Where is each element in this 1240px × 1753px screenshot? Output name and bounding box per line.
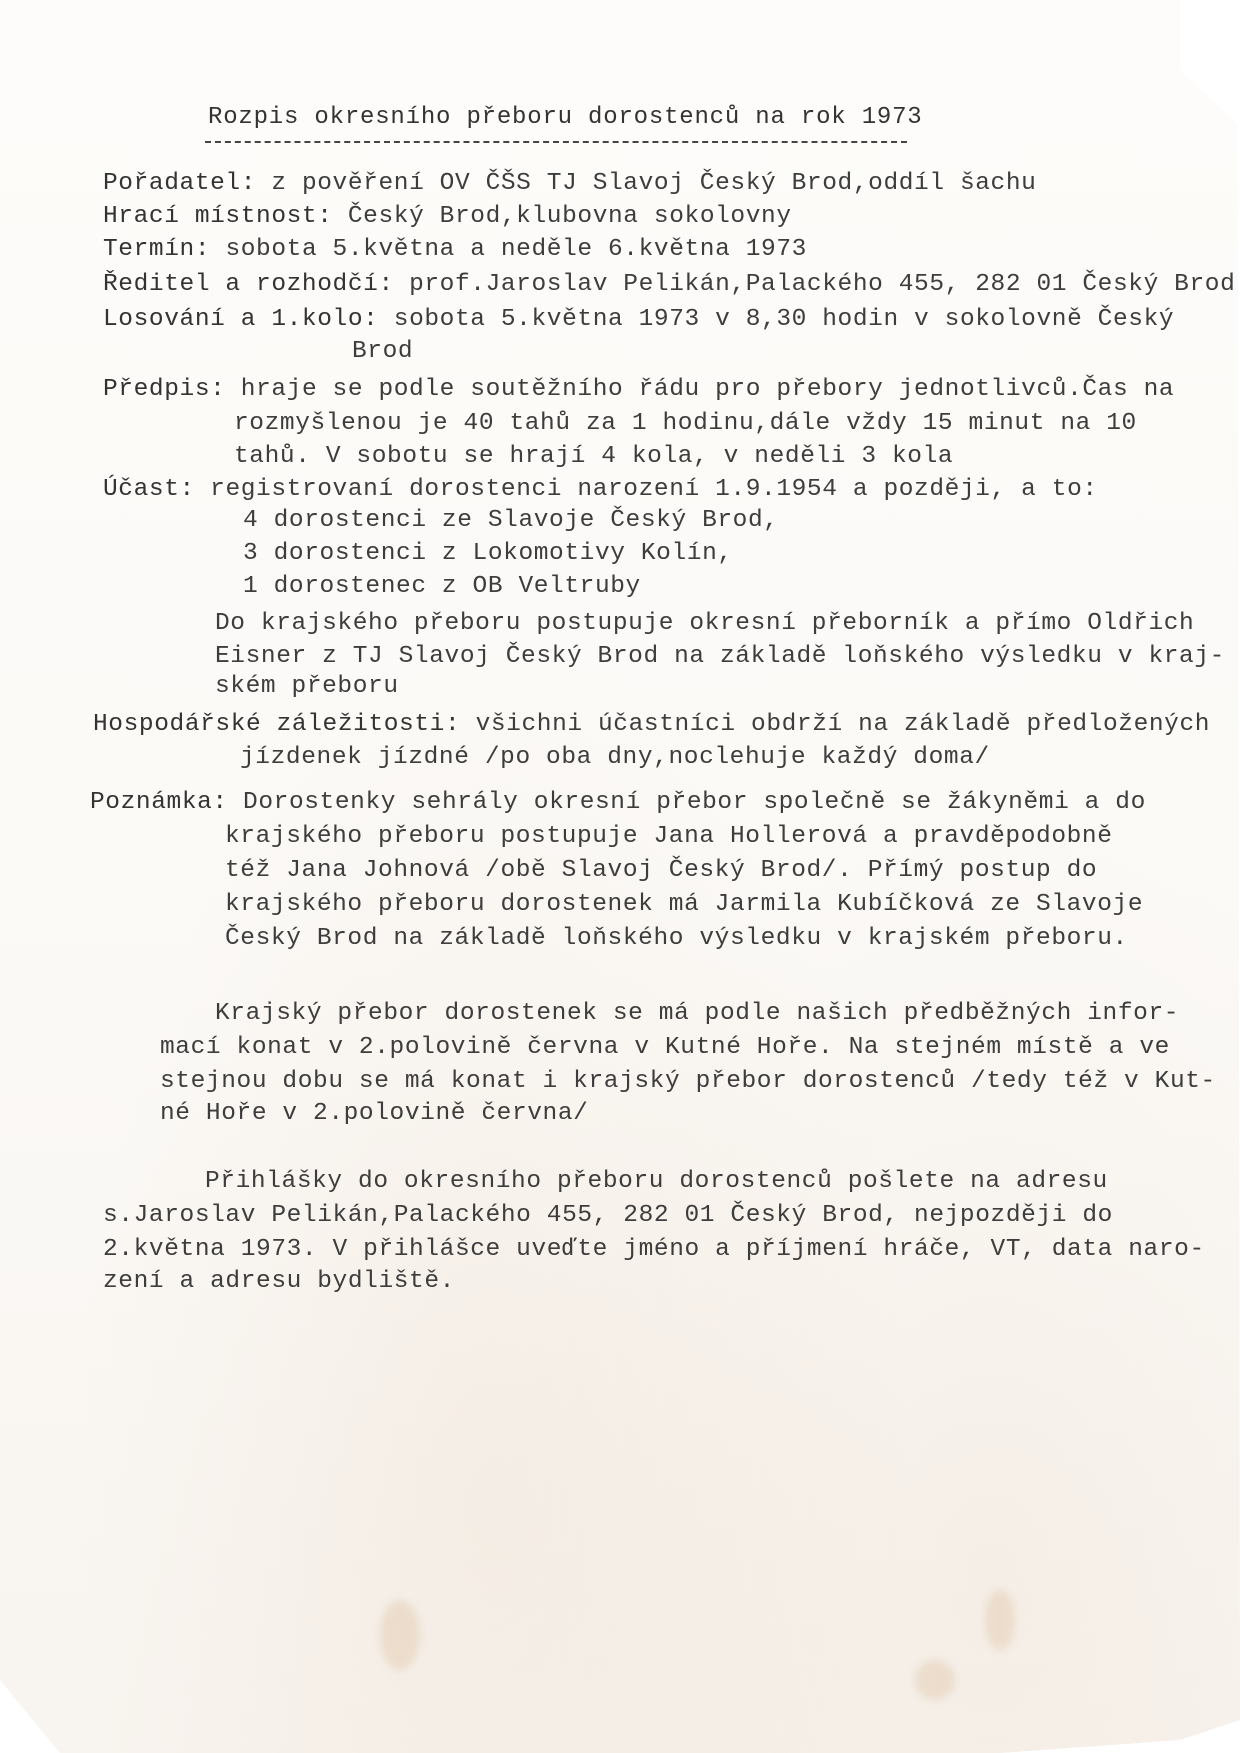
field-note-cont: Český Brod na základě loňského výsledku … bbox=[225, 927, 1128, 952]
document-title: Rozpis okresního přeboru dorostenců na r… bbox=[208, 104, 923, 131]
field-venue: Hrací místnost: Český Brod,klubovna soko… bbox=[103, 205, 792, 230]
field-label: Pořadatel: bbox=[103, 170, 256, 197]
paper-stain bbox=[915, 1660, 955, 1700]
paragraph-regional-line: mací konat v 2.polovině června v Kutné H… bbox=[160, 1036, 1170, 1061]
paragraph-registration-line: s.Jaroslav Pelikán,Palackého 455, 282 01… bbox=[103, 1204, 1113, 1229]
paragraph-registration-line: 2.května 1973. V přihlášce uveďte jméno … bbox=[103, 1238, 1205, 1263]
participant-item: 4 dorostenci ze Slavoje Český Brod, bbox=[243, 509, 779, 534]
field-note: Poznámka: Dorostenky sehrály okresní pře… bbox=[90, 791, 1146, 816]
field-director: Ředitel a rozhodčí: prof.Jaroslav Peliká… bbox=[103, 273, 1235, 298]
field-value: z pověření OV ČŠS TJ Slavoj Český Brod,o… bbox=[271, 170, 1036, 197]
field-label: Poznámka: bbox=[90, 789, 228, 816]
paragraph-regional-line: Krajský přebor dorostenek se má podle na… bbox=[215, 1002, 1179, 1027]
paragraph-regional-line: stejnou dobu se má konat i krajský přebo… bbox=[160, 1070, 1216, 1095]
field-finance: Hospodářské záležitosti: všichni účastní… bbox=[93, 713, 1210, 738]
field-participation-cont: ském přeboru bbox=[215, 675, 399, 700]
field-value: sobota 5.května a neděle 6.května 1973 bbox=[225, 236, 807, 263]
field-label: Ředitel a rozhodčí: bbox=[103, 271, 394, 298]
field-participation-cont: Eisner z TJ Slavoj Český Brod na základě… bbox=[215, 645, 1225, 670]
field-label: Hrací místnost: bbox=[103, 203, 333, 230]
paragraph-regional-line: né Hoře v 2.polovině června/ bbox=[160, 1102, 588, 1127]
participant-item: 1 dorostenec z OB Veltruby bbox=[243, 575, 641, 600]
field-value: všichni účastníci obdrží na základě před… bbox=[476, 711, 1211, 738]
field-participation: Účast: registrovaní dorostenci narození … bbox=[103, 478, 1098, 503]
field-rules: Předpis: hraje se podle soutěžního řádu … bbox=[103, 378, 1174, 403]
field-note-cont: krajského přeboru postupuje Jana Hollero… bbox=[225, 825, 1113, 850]
paper-stain bbox=[380, 1600, 420, 1670]
field-participation-cont: Do krajského přeboru postupuje okresní p… bbox=[215, 612, 1194, 637]
field-value: sobota 5.května 1973 v 8,30 hodin v soko… bbox=[394, 306, 1174, 333]
field-finance-cont: jízdenek jízdné /po oba dny,noclehuje ka… bbox=[240, 746, 990, 771]
field-label: Losování a 1.kolo: bbox=[103, 306, 378, 333]
field-value: registrovaní dorostenci narození 1.9.195… bbox=[210, 476, 1098, 503]
field-label: Termín: bbox=[103, 236, 210, 263]
field-value: Český Brod,klubovna sokolovny bbox=[348, 203, 792, 230]
paper-stain bbox=[985, 1590, 1015, 1650]
paragraph-registration-line: zení a adresu bydliště. bbox=[103, 1270, 455, 1295]
field-note-cont: krajského přeboru dorostenek má Jarmila … bbox=[225, 893, 1143, 918]
field-value: prof.Jaroslav Pelikán,Palackého 455, 282… bbox=[409, 271, 1235, 298]
field-label: Účast: bbox=[103, 476, 195, 503]
field-date: Termín: sobota 5.května a neděle 6.květn… bbox=[103, 238, 807, 263]
participant-item: 3 dorostenci z Lokomotivy Kolín, bbox=[243, 542, 733, 567]
field-draw: Losování a 1.kolo: sobota 5.května 1973 … bbox=[103, 308, 1174, 333]
field-organizer: Pořadatel: z pověření OV ČŠS TJ Slavoj Č… bbox=[103, 172, 1036, 197]
title-underline bbox=[205, 141, 907, 143]
field-label: Předpis: bbox=[103, 376, 225, 403]
field-rules-cont: rozmyšlenou je 40 tahů za 1 hodinu,dále … bbox=[234, 412, 1137, 437]
field-rules-cont: tahů. V sobotu se hrají 4 kola, v neděli… bbox=[234, 445, 953, 470]
field-value: hraje se podle soutěžního řádu pro přebo… bbox=[241, 376, 1174, 403]
field-note-cont: též Jana Johnová /obě Slavoj Český Brod/… bbox=[225, 859, 1097, 884]
field-draw-cont: Brod bbox=[352, 340, 413, 365]
paragraph-registration-line: Přihlášky do okresního přeboru dorostenc… bbox=[205, 1170, 1108, 1195]
field-value: Dorostenky sehrály okresní přebor společ… bbox=[243, 789, 1146, 816]
field-label: Hospodářské záležitosti: bbox=[93, 711, 460, 738]
